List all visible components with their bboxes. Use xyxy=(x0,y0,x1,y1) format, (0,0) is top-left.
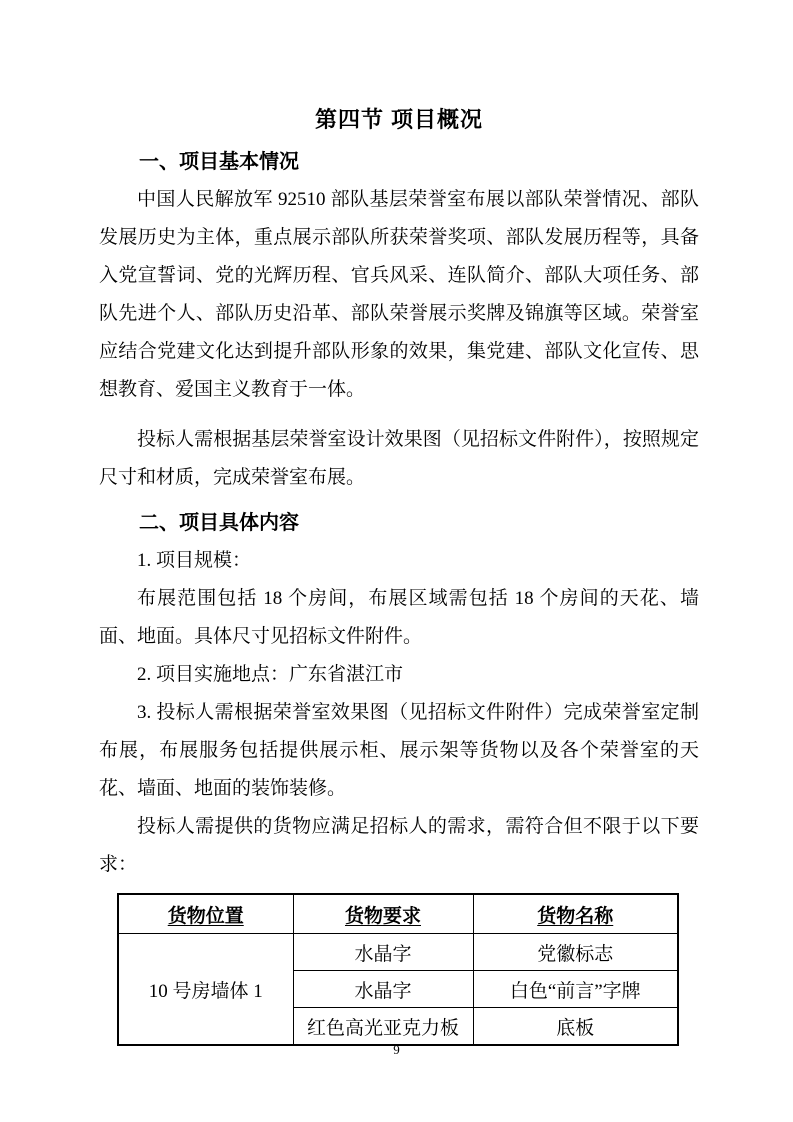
goods-name-cell: 底板 xyxy=(473,1008,678,1046)
goods-table-header-requirement: 货物要求 xyxy=(293,894,473,934)
section1-paragraph-2: 投标人需根据基层荣誉室设计效果图（见招标文件附件），按照规定尺寸和材质，完成荣誉… xyxy=(99,421,699,497)
document-page: 第四节 项目概况 一、项目基本情况 中国人民解放军 92510 部队基层荣誉室布… xyxy=(0,0,793,1122)
section2-requirements-intro: 投标人需提供的货物应满足招标人的需求，需符合但不限于以下要求： xyxy=(99,808,699,884)
section2-heading: 二、项目具体内容 xyxy=(99,504,699,542)
page-content: 第四节 项目概况 一、项目基本情况 中国人民解放军 92510 部队基层荣誉室布… xyxy=(99,0,699,1046)
goods-requirement-cell: 红色高光亚克力板 xyxy=(293,1008,473,1046)
table-row: 10 号房墙体 1 水晶字 党徽标志 xyxy=(118,934,678,971)
section2-item-scale-detail: 布展范围包括 18 个房间，布展区域需包括 18 个房间的天花、墙面、地面。具体… xyxy=(99,580,699,656)
goods-location-cell: 10 号房墙体 1 xyxy=(118,934,293,1046)
section1-paragraph-1: 中国人民解放军 92510 部队基层荣誉室布展以部队荣誉情况、部队发展历史为主体… xyxy=(99,181,699,409)
goods-table: 货物位置 货物要求 货物名称 10 号房墙体 1 水晶字 党徽标志 水晶字 白色… xyxy=(117,893,679,1046)
section2-item-service: 3. 投标人需根据荣誉室效果图（见招标文件附件）完成荣誉室定制布展，布展服务包括… xyxy=(99,694,699,808)
page-number: 9 xyxy=(0,1042,793,1058)
goods-table-header-location: 货物位置 xyxy=(118,894,293,934)
goods-requirement-cell: 水晶字 xyxy=(293,971,473,1008)
goods-table-header-row: 货物位置 货物要求 货物名称 xyxy=(118,894,678,934)
goods-table-header-name: 货物名称 xyxy=(473,894,678,934)
section2-item-location: 2. 项目实施地点：广东省湛江市 xyxy=(99,656,699,694)
goods-requirement-cell: 水晶字 xyxy=(293,934,473,971)
goods-name-cell: 白色“前言”字牌 xyxy=(473,971,678,1008)
section1-heading: 一、项目基本情况 xyxy=(99,143,699,181)
goods-name-cell: 党徽标志 xyxy=(473,934,678,971)
page-title: 第四节 项目概况 xyxy=(99,104,699,136)
section2-item-scale-label: 1. 项目规模： xyxy=(99,542,699,580)
